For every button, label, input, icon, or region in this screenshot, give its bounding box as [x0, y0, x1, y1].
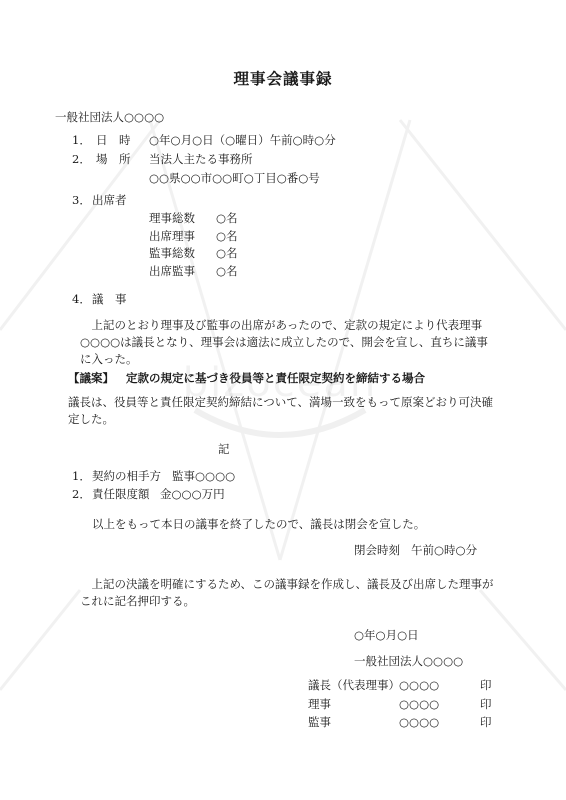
contract-item-number: 2．: [72, 487, 91, 501]
resolution-line: 定した。: [68, 412, 114, 426]
seal-mark: 印: [480, 697, 492, 711]
proceedings-line: に入った。: [80, 352, 138, 366]
closing-time-value: 午前○時○分: [411, 543, 477, 557]
signature-organization: 一般社団法人○○○○: [354, 654, 463, 668]
item-2-address: ○○県○○市○○町○丁目○番○号: [149, 171, 320, 185]
item-4-number: 4．: [72, 292, 91, 306]
attendee-count: ○名: [216, 264, 238, 278]
proposal-heading: 定款の規定に基づき役員等と責任限定契約を締結する場合: [126, 371, 425, 385]
signer-name: ○○○○: [399, 678, 439, 692]
signer-name: ○○○○: [399, 697, 439, 711]
contract-item-value: 監事○○○○: [172, 469, 235, 483]
signer-role: 監事: [308, 715, 331, 729]
proposal-tag: 【議案】: [68, 371, 114, 385]
attendee-count: ○名: [216, 246, 238, 260]
attendee-count: ○名: [216, 211, 238, 225]
contract-item-label: 契約の相手方: [92, 469, 161, 483]
item-4-label: 議 事: [92, 292, 127, 306]
item-3-label: 出席者: [92, 193, 127, 207]
contract-item-value: 金○○○万円: [160, 487, 225, 501]
item-1-label: 日 時: [96, 133, 131, 147]
contract-item-label: 責任限度額: [92, 487, 150, 501]
signer-role: 議長（代表理事）: [308, 678, 400, 692]
seal-mark: 印: [480, 715, 492, 729]
item-2-label: 場 所: [96, 152, 131, 166]
closing-time-label: 閉会時刻: [354, 543, 400, 557]
attendee-label: 出席理事: [149, 229, 195, 243]
document-title: 理事会議事録: [0, 72, 566, 86]
attendee-count: ○名: [216, 229, 238, 243]
attendee-label: 理事総数: [149, 211, 195, 225]
signer-name: ○○○○: [399, 715, 439, 729]
signer-role: 理事: [308, 697, 331, 711]
attendee-label: 出席監事: [149, 264, 195, 278]
resolution-line: 議長は、役員等と責任限定契約締結について、満場一致をもって原案どおり可決確: [68, 395, 493, 409]
item-1-number: 1．: [72, 133, 91, 147]
proceedings-line: ○○○○は議長となり、理事会は適法に成立したので、開会を宣し、直ちに議事: [80, 335, 488, 349]
certification-line: 上記の決議を明確にするため、この議事録を作成し、議長及び出席した理事が: [80, 577, 494, 591]
seal-mark: 印: [480, 678, 492, 692]
signature-date: ○年○月○日: [354, 628, 419, 642]
certification-line: これに記名押印する。: [80, 594, 195, 608]
contract-item-number: 1．: [72, 469, 91, 483]
organization-name: 一般社団法人○○○○: [55, 110, 164, 124]
closing-text: 以上をもって本日の議事を終了したので、議長は閉会を宣した。: [92, 517, 425, 531]
attendee-label: 監事総数: [149, 246, 195, 260]
item-2-value: 当法人主たる事務所: [149, 152, 253, 166]
ki-marker: 記: [218, 442, 230, 456]
proceedings-line: 上記のとおり理事及び監事の出席があったので、定款の規定により代表理事: [80, 318, 482, 332]
item-2-number: 2．: [72, 152, 91, 166]
item-1-value: ○年○月○日（○曜日）午前○時○分: [149, 133, 336, 147]
item-3-number: 3．: [72, 193, 91, 207]
